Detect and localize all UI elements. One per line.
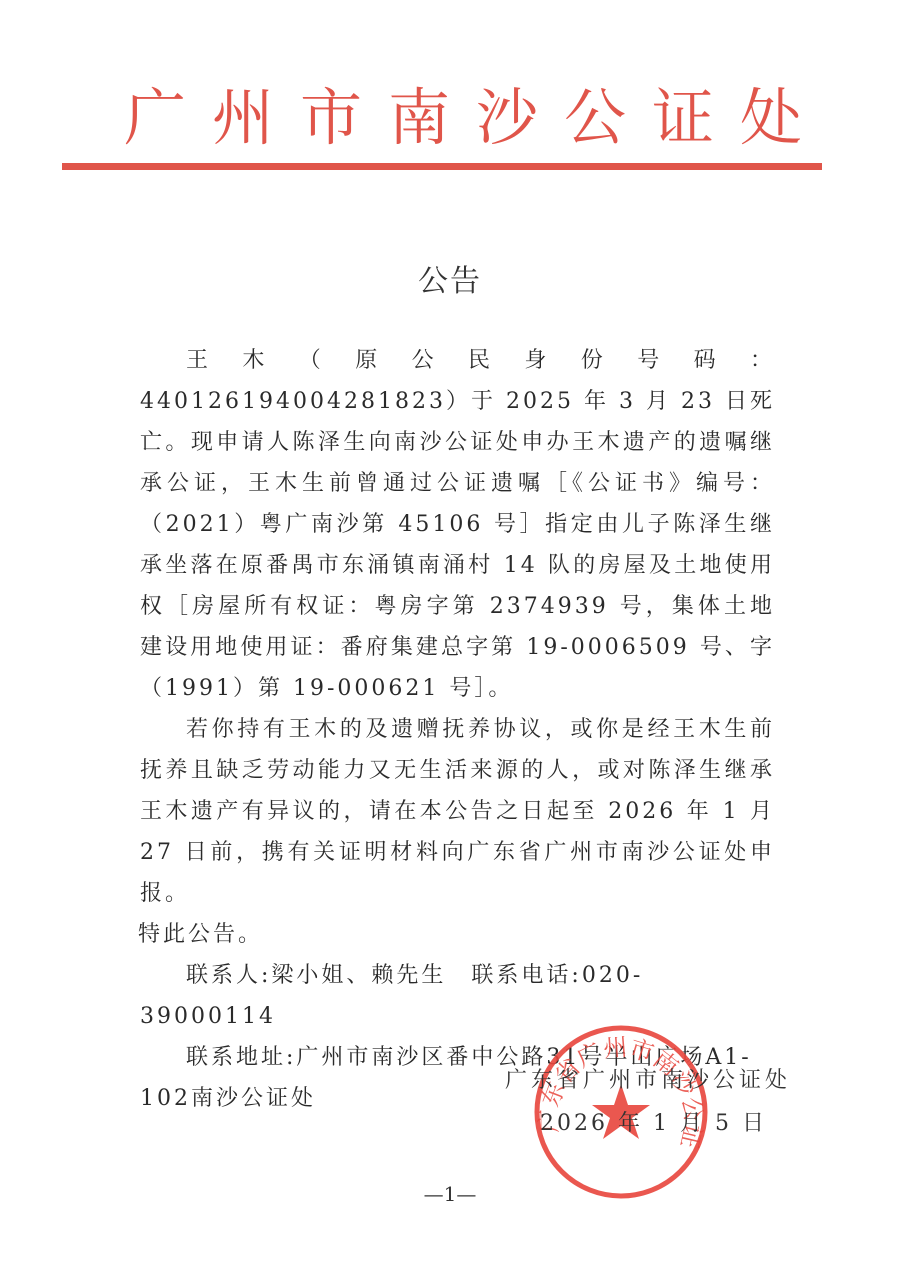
document-body: 王木（原公民身份号码：440126194004281823）于 2025 年 3…	[140, 340, 775, 1119]
issue-date: 2026 年 1 月 5 日	[540, 1106, 767, 1137]
closing-line: 特此公告。	[138, 914, 775, 955]
page-number: —1—	[0, 1182, 900, 1206]
document-title: 公告	[0, 256, 900, 300]
letterhead-org-name: 广州市南沙公证处	[0, 78, 900, 158]
letterhead-rule	[62, 163, 822, 170]
paragraph-2: 若你持有王木的及遗赠抚养协议，或你是经王木生前抚养且缺乏劳动能力又无生活来源的人…	[140, 709, 775, 914]
paragraph-1: 王木（原公民身份号码：440126194004281823）于 2025 年 3…	[140, 340, 775, 709]
issuer-signature: 广东省广州市南沙公证处	[505, 1063, 791, 1094]
